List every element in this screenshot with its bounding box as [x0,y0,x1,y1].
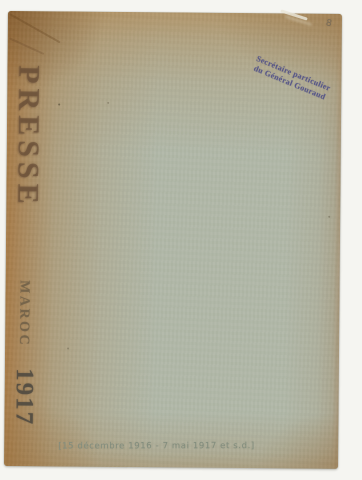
spine-stamp-year: 1917 [10,368,38,426]
paper-specks [58,103,60,105]
scanned-page-background: PRESSE MAROC 1917 Secrétaire particulier… [0,0,362,480]
corner-mark: 8 [325,18,333,29]
ownership-stamp: Secrétaire particulier du Général Gourau… [243,51,339,106]
archive-cover-page: PRESSE MAROC 1917 Secrétaire particulier… [4,11,342,469]
edge-tear [280,9,308,20]
date-range-note: [15 décembre 1916 - 7 mai 1917 et s.d.] [58,441,248,451]
scuff-mark [9,13,60,43]
scuff-mark [9,37,44,55]
spine-stamp-presse: PRESSE [10,65,45,209]
spine-stamp-maroc: MAROC [15,280,32,347]
